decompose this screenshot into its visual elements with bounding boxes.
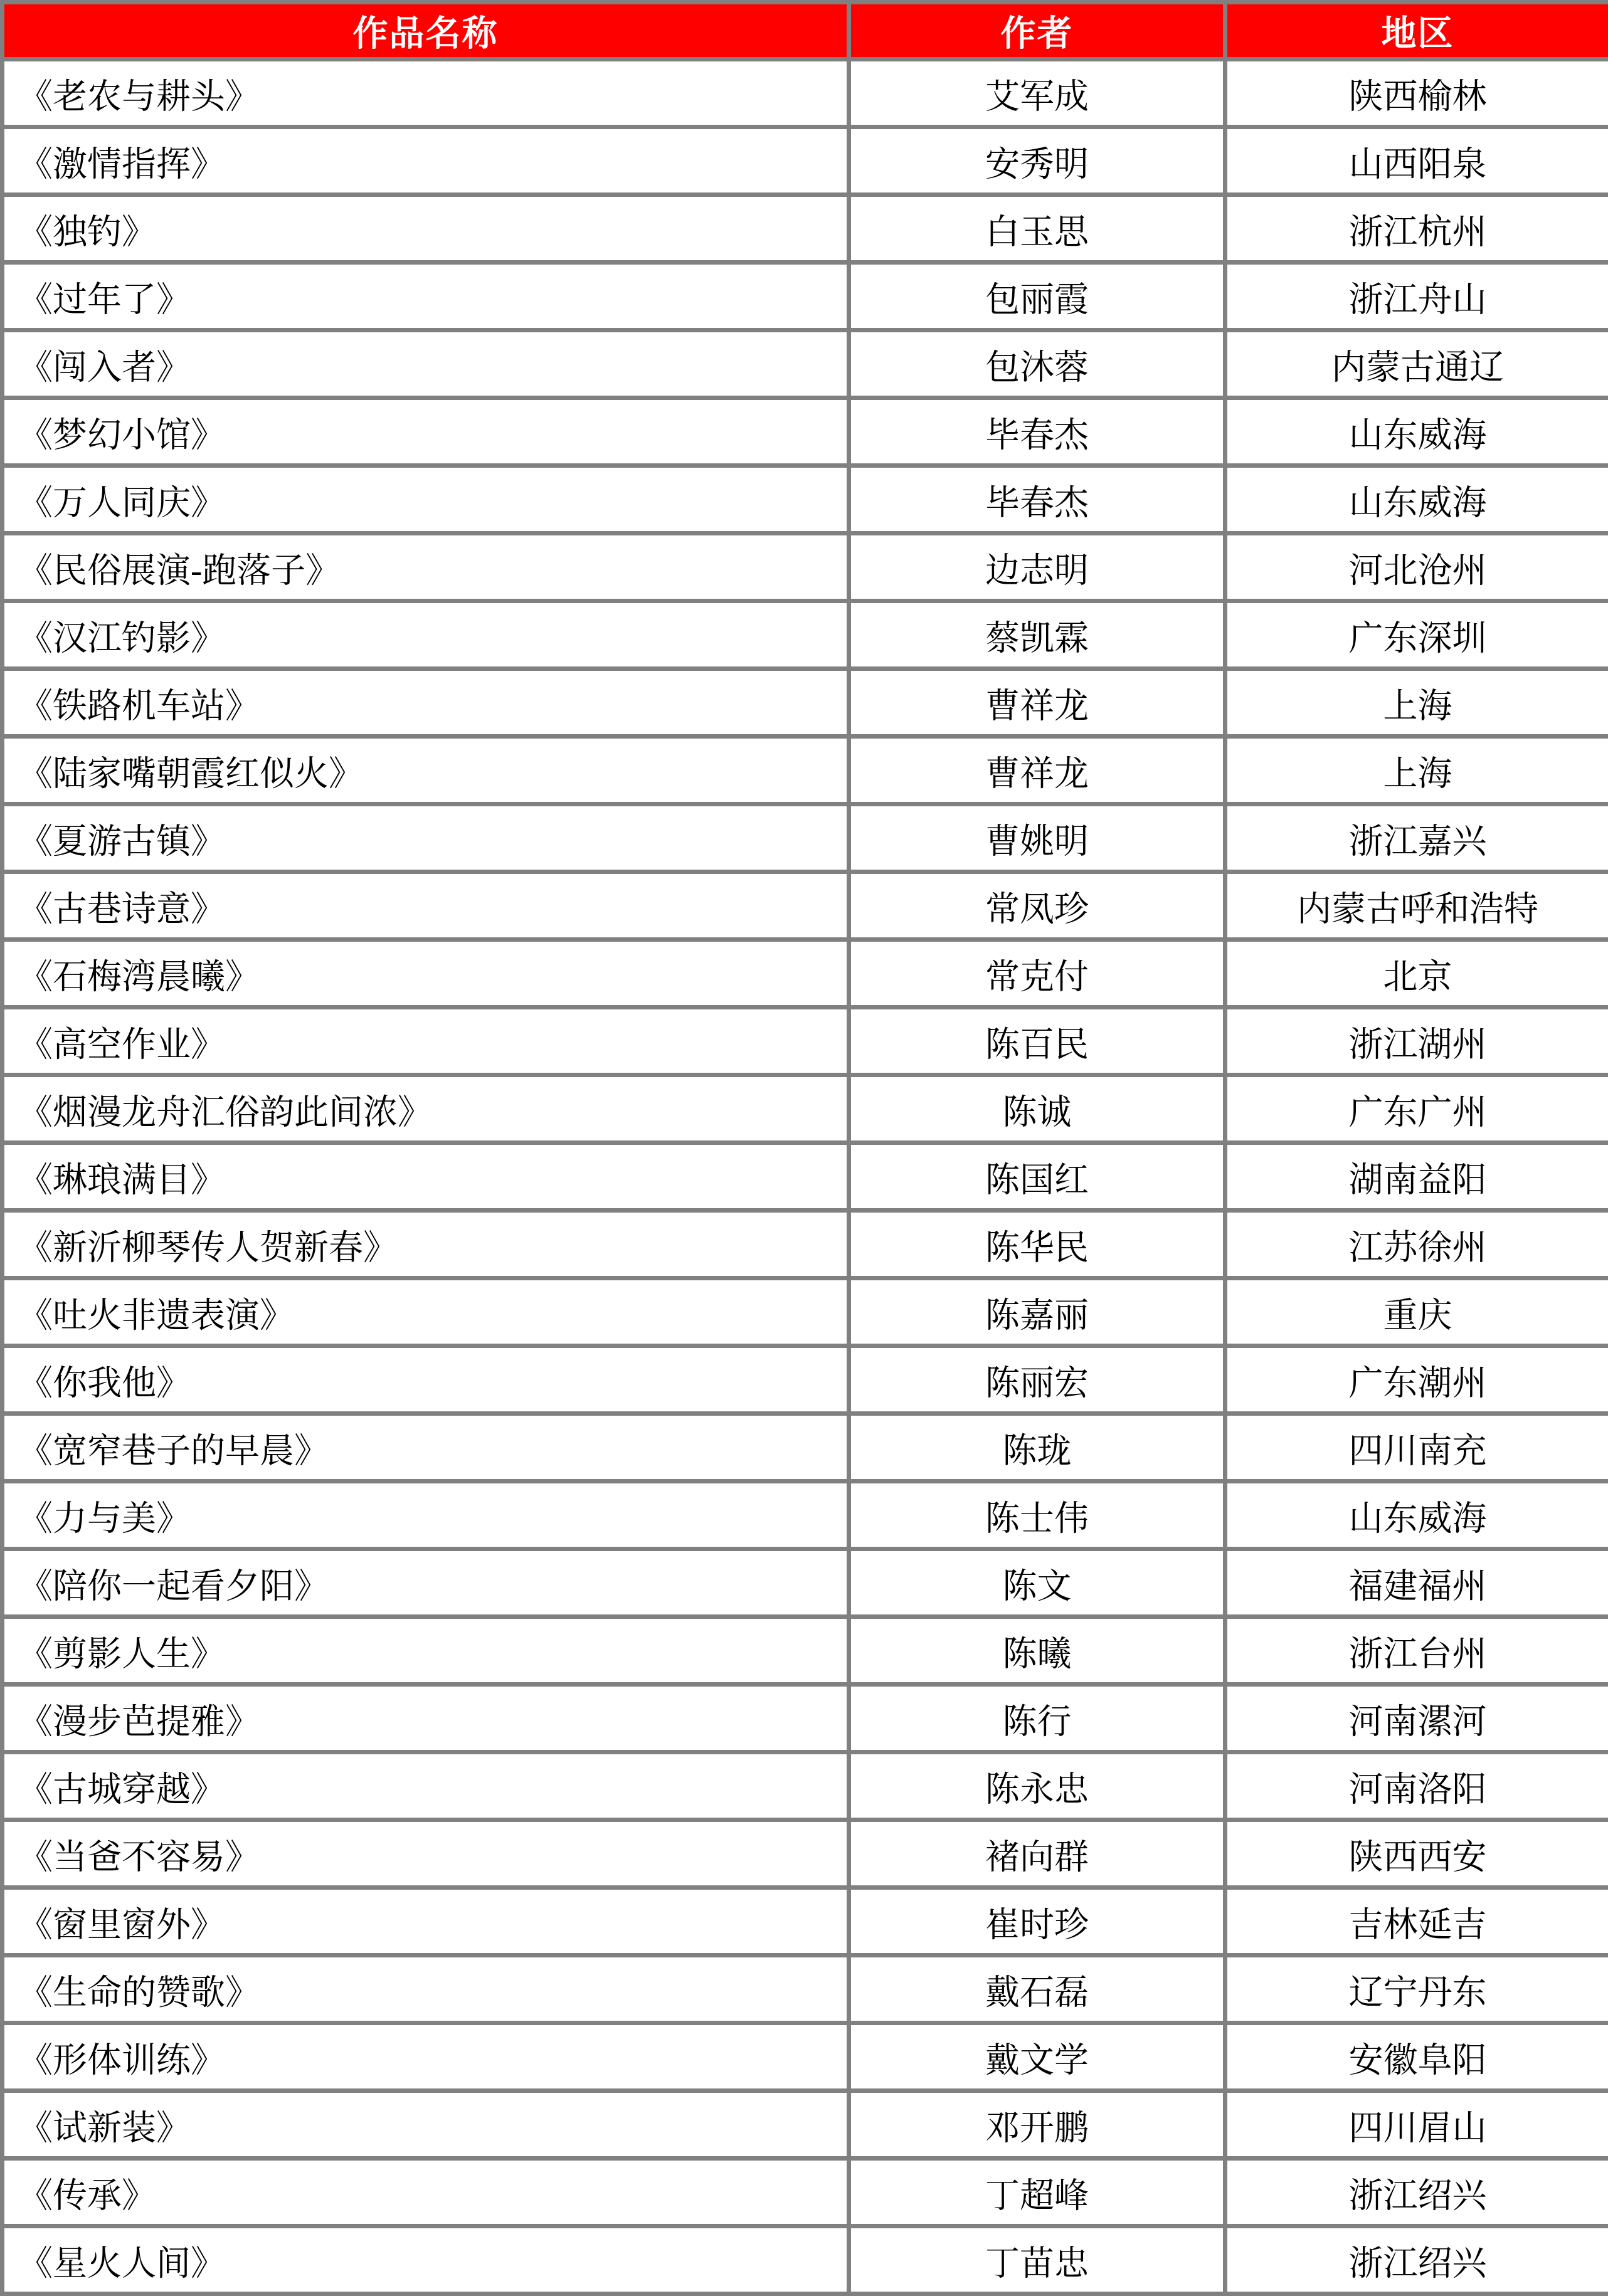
author-cell: 邓开鹏 <box>849 2091 1225 2159</box>
table-row: 《你我他》陈丽宏广东潮州 <box>3 1346 1608 1414</box>
table-row: 《吐火非遗表演》陈嘉丽重庆 <box>3 1278 1608 1346</box>
work-title-cell: 《夏游古镇》 <box>3 804 849 872</box>
work-title-cell: 《民俗展演-跑落子》 <box>3 534 849 601</box>
table-row: 《独钓》白玉思浙江杭州 <box>3 195 1608 263</box>
region-cell: 辽宁丹东 <box>1225 1956 1608 2023</box>
table-row: 《星火人间》丁苗忠浙江绍兴 <box>3 2226 1608 2294</box>
table-row: 《老农与耕头》艾军成陕西榆林 <box>3 60 1608 127</box>
table-row: 《民俗展演-跑落子》边志明河北沧州 <box>3 534 1608 601</box>
author-cell: 陈百民 <box>849 1008 1225 1075</box>
table-row: 《窗里窗外》崔时珍吉林延吉 <box>3 1888 1608 1956</box>
author-cell: 陈士伟 <box>849 1482 1225 1549</box>
author-cell: 常凤珍 <box>849 872 1225 940</box>
header-row: 作品名称 作者 地区 <box>3 3 1608 60</box>
region-cell: 安徽阜阳 <box>1225 2023 1608 2091</box>
work-title-cell: 《烟漫龙舟汇俗韵此间浓》 <box>3 1075 849 1143</box>
author-cell: 曹祥龙 <box>849 669 1225 737</box>
work-title-cell: 《宽窄巷子的早晨》 <box>3 1414 849 1482</box>
table-row: 《传承》丁超峰浙江绍兴 <box>3 2159 1608 2226</box>
author-cell: 陈诚 <box>849 1075 1225 1143</box>
work-title-cell: 《激情指挥》 <box>3 127 849 195</box>
work-title-cell: 《窗里窗外》 <box>3 1888 849 1956</box>
author-cell: 常克付 <box>849 940 1225 1008</box>
region-cell: 内蒙古呼和浩特 <box>1225 872 1608 940</box>
table-row: 《生命的赞歌》戴石磊辽宁丹东 <box>3 1956 1608 2023</box>
work-title-cell: 《漫步芭提雅》 <box>3 1685 849 1752</box>
table-row: 《石梅湾晨曦》常克付北京 <box>3 940 1608 1008</box>
region-cell: 浙江杭州 <box>1225 195 1608 263</box>
work-title-cell: 《试新装》 <box>3 2091 849 2159</box>
region-cell: 上海 <box>1225 669 1608 737</box>
work-title-cell: 《传承》 <box>3 2159 849 2226</box>
region-cell: 重庆 <box>1225 1278 1608 1346</box>
work-title-cell: 《老农与耕头》 <box>3 60 849 127</box>
table-row: 《闯入者》包沐蓉内蒙古通辽 <box>3 330 1608 398</box>
work-title-cell: 《高空作业》 <box>3 1008 849 1075</box>
work-title-cell: 《陪你一起看夕阳》 <box>3 1549 849 1617</box>
author-cell: 陈嘉丽 <box>849 1278 1225 1346</box>
author-cell: 艾军成 <box>849 60 1225 127</box>
table-header: 作品名称 作者 地区 <box>3 3 1608 60</box>
work-title-cell: 《你我他》 <box>3 1346 849 1414</box>
region-cell: 湖南益阳 <box>1225 1143 1608 1211</box>
author-cell: 陈国红 <box>849 1143 1225 1211</box>
region-cell: 广东广州 <box>1225 1075 1608 1143</box>
work-title-cell: 《独钓》 <box>3 195 849 263</box>
table-row: 《激情指挥》安秀明山西阳泉 <box>3 127 1608 195</box>
table-body: 《老农与耕头》艾军成陕西榆林《激情指挥》安秀明山西阳泉《独钓》白玉思浙江杭州《过… <box>3 60 1608 2294</box>
author-cell: 陈丽宏 <box>849 1346 1225 1414</box>
author-cell: 戴石磊 <box>849 1956 1225 2023</box>
region-cell: 陕西榆林 <box>1225 60 1608 127</box>
table-row: 《高空作业》陈百民浙江湖州 <box>3 1008 1608 1075</box>
region-cell: 浙江舟山 <box>1225 263 1608 330</box>
region-cell: 浙江绍兴 <box>1225 2226 1608 2294</box>
work-title-cell: 《梦幻小馆》 <box>3 398 849 466</box>
table-row: 《梦幻小馆》毕春杰山东威海 <box>3 398 1608 466</box>
author-cell: 陈曦 <box>849 1617 1225 1685</box>
work-title-cell: 《石梅湾晨曦》 <box>3 940 849 1008</box>
author-cell: 毕春杰 <box>849 398 1225 466</box>
region-cell: 浙江嘉兴 <box>1225 804 1608 872</box>
region-cell: 浙江台州 <box>1225 1617 1608 1685</box>
region-cell: 陕西西安 <box>1225 1820 1608 1888</box>
work-title-cell: 《汉江钓影》 <box>3 601 849 669</box>
author-cell: 曹祥龙 <box>849 737 1225 804</box>
table-row: 《宽窄巷子的早晨》陈珑四川南充 <box>3 1414 1608 1482</box>
table-row: 《力与美》陈士伟山东威海 <box>3 1482 1608 1549</box>
work-title-cell: 《万人同庆》 <box>3 466 849 534</box>
work-title-cell: 《剪影人生》 <box>3 1617 849 1685</box>
author-cell: 毕春杰 <box>849 466 1225 534</box>
table-row: 《形体训练》戴文学安徽阜阳 <box>3 2023 1608 2091</box>
work-title-cell: 《陆家嘴朝霞红似火》 <box>3 737 849 804</box>
region-cell: 河南洛阳 <box>1225 1752 1608 1820</box>
table-row: 《当爸不容易》褚向群陕西西安 <box>3 1820 1608 1888</box>
work-title-cell: 《琳琅满目》 <box>3 1143 849 1211</box>
region-cell: 四川眉山 <box>1225 2091 1608 2159</box>
region-cell: 上海 <box>1225 737 1608 804</box>
author-cell: 陈永忠 <box>849 1752 1225 1820</box>
author-cell: 包沐蓉 <box>849 330 1225 398</box>
author-cell: 褚向群 <box>849 1820 1225 1888</box>
table-row: 《古城穿越》陈永忠河南洛阳 <box>3 1752 1608 1820</box>
work-title-cell: 《星火人间》 <box>3 2226 849 2294</box>
table-row: 《古巷诗意》常凤珍内蒙古呼和浩特 <box>3 872 1608 940</box>
region-cell: 河南漯河 <box>1225 1685 1608 1752</box>
author-cell: 陈珑 <box>849 1414 1225 1482</box>
table-row: 《琳琅满目》陈国红湖南益阳 <box>3 1143 1608 1211</box>
region-cell: 山东威海 <box>1225 1482 1608 1549</box>
region-cell: 山东威海 <box>1225 398 1608 466</box>
author-cell: 丁超峰 <box>849 2159 1225 2226</box>
region-cell: 山西阳泉 <box>1225 127 1608 195</box>
table-row: 《烟漫龙舟汇俗韵此间浓》陈诚广东广州 <box>3 1075 1608 1143</box>
author-cell: 安秀明 <box>849 127 1225 195</box>
region-cell: 广东潮州 <box>1225 1346 1608 1414</box>
table-row: 《试新装》邓开鹏四川眉山 <box>3 2091 1608 2159</box>
author-cell: 边志明 <box>849 534 1225 601</box>
author-cell: 曹姚明 <box>849 804 1225 872</box>
table-row: 《汉江钓影》蔡凯霖广东深圳 <box>3 601 1608 669</box>
work-title-cell: 《生命的赞歌》 <box>3 1956 849 2023</box>
table-row: 《铁路机车站》曹祥龙上海 <box>3 669 1608 737</box>
author-cell: 戴文学 <box>849 2023 1225 2091</box>
region-cell: 北京 <box>1225 940 1608 1008</box>
column-header-author: 作者 <box>849 3 1225 60</box>
region-cell: 浙江湖州 <box>1225 1008 1608 1075</box>
work-title-cell: 《形体训练》 <box>3 2023 849 2091</box>
table-row: 《剪影人生》陈曦浙江台州 <box>3 1617 1608 1685</box>
work-title-cell: 《吐火非遗表演》 <box>3 1278 849 1346</box>
table-row: 《过年了》包丽霞浙江舟山 <box>3 263 1608 330</box>
table-row: 《夏游古镇》曹姚明浙江嘉兴 <box>3 804 1608 872</box>
column-header-work-title: 作品名称 <box>3 3 849 60</box>
region-cell: 江苏徐州 <box>1225 1211 1608 1278</box>
region-cell: 山东威海 <box>1225 466 1608 534</box>
table-row: 《陪你一起看夕阳》陈文福建福州 <box>3 1549 1608 1617</box>
works-table: 作品名称 作者 地区 《老农与耕头》艾军成陕西榆林《激情指挥》安秀明山西阳泉《独… <box>0 0 1608 2296</box>
work-title-cell: 《过年了》 <box>3 263 849 330</box>
author-cell: 陈文 <box>849 1549 1225 1617</box>
region-cell: 福建福州 <box>1225 1549 1608 1617</box>
author-cell: 崔时珍 <box>849 1888 1225 1956</box>
work-title-cell: 《当爸不容易》 <box>3 1820 849 1888</box>
table-row: 《陆家嘴朝霞红似火》曹祥龙上海 <box>3 737 1608 804</box>
author-cell: 蔡凯霖 <box>849 601 1225 669</box>
work-title-cell: 《新沂柳琴传人贺新春》 <box>3 1211 849 1278</box>
author-cell: 陈行 <box>849 1685 1225 1752</box>
work-title-cell: 《力与美》 <box>3 1482 849 1549</box>
author-cell: 白玉思 <box>849 195 1225 263</box>
work-title-cell: 《铁路机车站》 <box>3 669 849 737</box>
region-cell: 吉林延吉 <box>1225 1888 1608 1956</box>
work-title-cell: 《古巷诗意》 <box>3 872 849 940</box>
work-title-cell: 《闯入者》 <box>3 330 849 398</box>
region-cell: 浙江绍兴 <box>1225 2159 1608 2226</box>
region-cell: 河北沧州 <box>1225 534 1608 601</box>
table-row: 《漫步芭提雅》陈行河南漯河 <box>3 1685 1608 1752</box>
author-cell: 丁苗忠 <box>849 2226 1225 2294</box>
region-cell: 内蒙古通辽 <box>1225 330 1608 398</box>
table-row: 《万人同庆》毕春杰山东威海 <box>3 466 1608 534</box>
work-title-cell: 《古城穿越》 <box>3 1752 849 1820</box>
table-row: 《新沂柳琴传人贺新春》陈华民江苏徐州 <box>3 1211 1608 1278</box>
author-cell: 陈华民 <box>849 1211 1225 1278</box>
column-header-region: 地区 <box>1225 3 1608 60</box>
author-cell: 包丽霞 <box>849 263 1225 330</box>
region-cell: 四川南充 <box>1225 1414 1608 1482</box>
region-cell: 广东深圳 <box>1225 601 1608 669</box>
